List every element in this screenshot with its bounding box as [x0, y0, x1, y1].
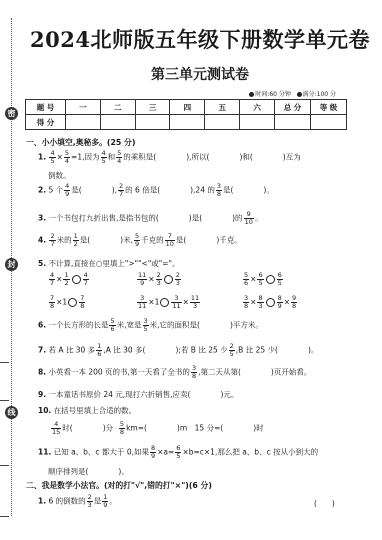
header-cell: 二: [100, 100, 135, 115]
compare-circle[interactable]: [164, 275, 173, 284]
page-title: 2024北师版五年级下册数学单元卷: [30, 24, 370, 54]
bullet-icon: [249, 92, 254, 97]
question-2: 2. 5 个49是( ),27的 6 倍是( ),24 的38是( )。: [38, 183, 274, 198]
score-cell[interactable]: [311, 115, 347, 130]
section2-heading: 二、我是数学小法官。(对的打"√",错的打"×")(6 分): [26, 480, 212, 491]
question-5: 5. 不计算,直接在○里填上">""<"或"="。: [38, 258, 179, 269]
question-10: 10. 在括号里填上合适的数。: [38, 405, 136, 416]
binding-tick: [0, 465, 9, 466]
compare-circle[interactable]: [266, 298, 275, 307]
score-table: 题 号 一 二 三 四 五 六 总 分 等 级 得 分: [25, 99, 347, 130]
time-label: 时间:60 分钟: [255, 91, 291, 98]
answer-blank[interactable]: 米,它的面积是( )平方米。: [150, 321, 263, 330]
score-cell[interactable]: [135, 115, 170, 130]
answer-blank[interactable]: 是( )千克。: [176, 236, 242, 245]
score-table-score-row: 得 分: [26, 115, 347, 130]
header-cell: 一: [66, 100, 101, 115]
compare-item-4: 78×178: [48, 295, 86, 310]
binding-tick: [0, 400, 9, 401]
score-cell[interactable]: [205, 115, 240, 130]
compare-circle[interactable]: [160, 298, 169, 307]
header-cell: 总 分: [275, 100, 311, 115]
answer-blank[interactable]: ,B 比 25 少( )。: [236, 346, 319, 355]
compare-item-1: 47×1247: [48, 272, 90, 287]
question-6: 6. 一个长方形的长是56米,宽是35米,它的面积是( )平方米。: [38, 318, 263, 333]
question-4: 4. 27米的12是( )米,59千克的710是( )千克。: [38, 233, 242, 248]
judge-question-1: 1. 6 的倒数的23是19。: [38, 494, 117, 509]
score-cell[interactable]: [240, 115, 275, 130]
compare-item-5: 311×1311×113: [136, 295, 201, 310]
question-8: 8. 小英看一本 200 页的书,第一天看了全书的38,第二天从第( )页开始看…: [38, 365, 311, 380]
binding-seal-xian: 线: [5, 406, 18, 419]
answer-blank[interactable]: km=( )m 15 分=( )时: [126, 424, 264, 433]
compare-circle[interactable]: [266, 275, 275, 284]
header-cell: 等 级: [311, 100, 347, 115]
judge-answer-box[interactable]: ( ): [314, 498, 335, 509]
score-cell[interactable]: [170, 115, 205, 130]
answer-blank[interactable]: 是( ),: [71, 186, 117, 195]
row-label: 得 分: [26, 115, 66, 130]
answer-blank[interactable]: ,第二天从第( )页开始看。: [198, 368, 311, 377]
question-11: 11. 已知 a、b、c 都大于 0,如果89×a=65×b=c×1,那么把 a…: [38, 445, 318, 460]
score-label: 满分:100 分: [303, 91, 336, 98]
binding-tick: [0, 516, 9, 517]
bullet-icon: [297, 92, 302, 97]
compare-item-6: 38×8389×98: [242, 295, 298, 310]
compare-circle[interactable]: [72, 275, 81, 284]
answer-blank[interactable]: 是( )米,: [80, 236, 133, 245]
score-cell[interactable]: [275, 115, 311, 130]
exam-meta: 时间:60 分钟 满分:100 分: [249, 89, 336, 98]
answer-blank[interactable]: 的 6 倍是( ),24 的: [125, 186, 215, 195]
answer-blank[interactable]: 时( )分: [62, 424, 113, 433]
question-7: 7. 若 A 比 30 多16,A 比 30 多( );若 B 比 25 少25…: [38, 343, 318, 358]
header-cell: 六: [240, 100, 275, 115]
answer-blank[interactable]: 的乘积是( ),所以( )和( )互为: [123, 153, 300, 162]
binding-tick: [0, 362, 9, 363]
binding-seal-mi: 密: [5, 107, 18, 120]
answer-blank[interactable]: 一本童话书原价 24 元,现打六折销售,应卖( )元。: [48, 390, 238, 399]
answer-blank[interactable]: ,A 比 30 多( );若 B 比 25 少: [103, 346, 227, 355]
compare-item-2: 119×2323: [136, 272, 182, 287]
question-1-continued: 倒数。: [48, 170, 71, 181]
question-11-continued[interactable]: 顺序排列是( )。: [48, 466, 129, 477]
binding-seal-feng: 封: [5, 258, 18, 271]
question-1: 1. 45×54=1,因为45和54的乘积是( ),所以( )和( )互为: [38, 150, 301, 165]
header-cell: 三: [135, 100, 170, 115]
header-cell: 四: [170, 100, 205, 115]
page-subtitle: 第三单元测试卷: [30, 64, 370, 84]
question-9: 9. 一本童话书原价 24 元,现打六折销售,应卖( )元。: [38, 389, 238, 400]
compare-item-3: 56×6565: [242, 272, 284, 287]
answer-blank[interactable]: 是( )。: [223, 186, 274, 195]
compare-circle[interactable]: [68, 298, 77, 307]
section1-heading: 一、小小填空,奥秘多。(25 分): [26, 137, 135, 148]
score-cell[interactable]: [66, 115, 101, 130]
header-cell: 五: [205, 100, 240, 115]
score-cell[interactable]: [100, 115, 135, 130]
header-cell: 题 号: [26, 100, 66, 115]
score-table-header-row: 题 号 一 二 三 四 五 六 总 分 等 级: [26, 100, 347, 115]
question-3: 3. 一个书包打九折出售,是指书包的( )是( )的910。: [38, 211, 262, 226]
answer-blank[interactable]: 一个书包打九折出售,是指书包的( )是( )的: [48, 214, 242, 223]
question-10-items: 415时( )分 58km=( )m 15 分=( )时: [50, 421, 264, 436]
